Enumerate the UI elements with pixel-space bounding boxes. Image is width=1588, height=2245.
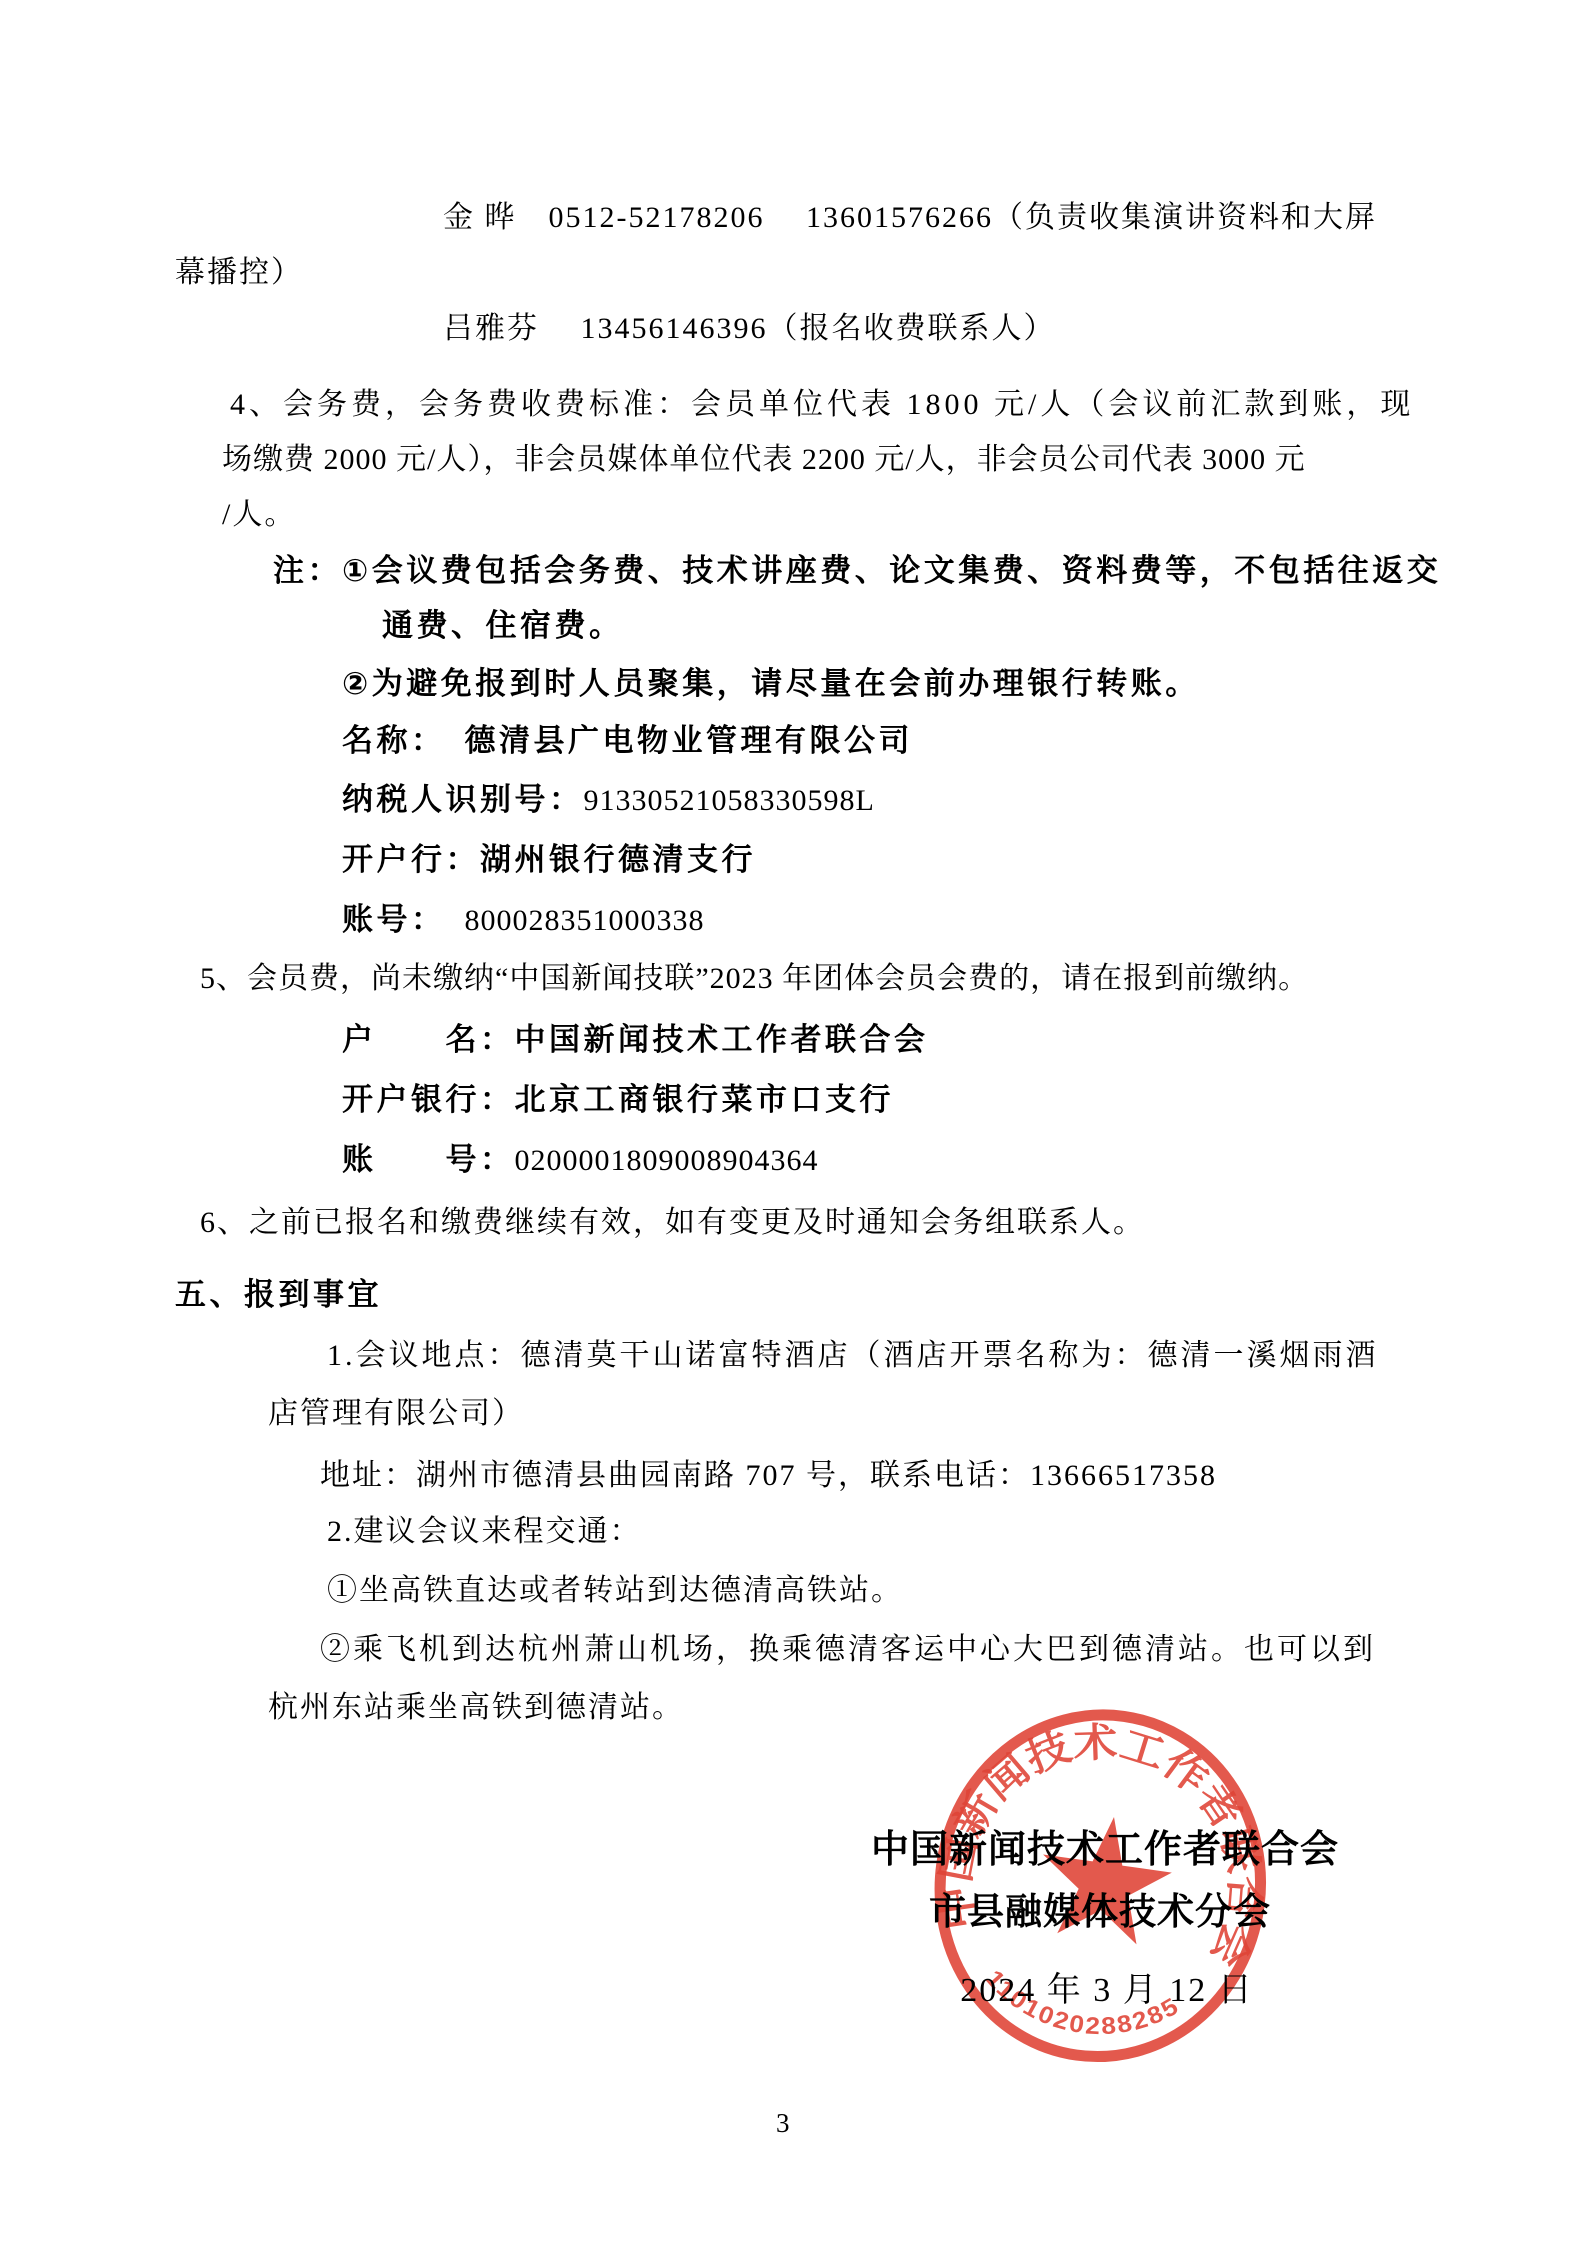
text-line: 开户银行：北京工商银行菜市口支行 bbox=[342, 1081, 894, 1118]
text-line: 地址：湖州市德清县曲园南路 707 号，联系电话：13666517358 bbox=[320, 1458, 1217, 1494]
text-line: 账号： 800028351000338 bbox=[342, 901, 705, 939]
section-heading: 五、报到事宜 bbox=[175, 1276, 382, 1313]
field-label: 账号： bbox=[342, 902, 465, 937]
document-page: 中国新闻技术工作者联合会 1101020288285 金 晔 0512-5217… bbox=[0, 0, 1588, 2245]
signature-org-line2: 市县融媒体技术分会 bbox=[929, 1881, 1271, 1935]
signature-org-line1: 中国新闻技术工作者联合会 bbox=[871, 1818, 1339, 1873]
signature-date: 2024 年 3 月 12 日 bbox=[960, 1962, 1254, 2011]
field-label: 账 号： bbox=[342, 1142, 515, 1177]
text-line: 6、之前已报名和缴费继续有效，如有变更及时通知会务组联系人。 bbox=[200, 1205, 1145, 1241]
text-line: 金 晔 0512-52178206 13601576266（负责收集演讲资料和大… bbox=[443, 200, 1377, 236]
text-line: 杭州东站乘坐高铁到德清站。 bbox=[268, 1690, 684, 1726]
text-line: 户 名：中国新闻技术工作者联合会 bbox=[342, 1021, 929, 1058]
text-line: 吕雅芬 13456146396（报名收费联系人） bbox=[443, 311, 1056, 347]
text-line: 账 号：0200001809008904364 bbox=[342, 1141, 819, 1179]
field-label: 纳税人识别号： bbox=[342, 782, 584, 817]
text-line: 注：①会议费包括会务费、技术讲座费、论文集费、资料费等，不包括往返交 bbox=[273, 552, 1441, 589]
text-line: 纳税人识别号：91330521058330598L bbox=[342, 781, 875, 819]
page-number: 3 bbox=[776, 2108, 790, 2139]
text-line: ②乘飞机到达杭州萧山机场，换乘德清客运中心大巴到德清站。也可以到 bbox=[320, 1632, 1376, 1668]
text-line: 幕播控） bbox=[175, 255, 303, 291]
text-line: /人。 bbox=[222, 497, 296, 533]
text-line: 开户行：湖州银行德清支行 bbox=[342, 841, 756, 878]
text-line: 1.会议地点：德清莫干山诺富特酒店（酒店开票名称为：德清一溪烟雨酒 bbox=[327, 1338, 1379, 1374]
text-line: 场缴费 2000 元/人），非会员媒体单位代表 2200 元/人，非会员公司代表… bbox=[222, 442, 1306, 478]
text-line: 名称： 德清县广电物业管理有限公司 bbox=[342, 722, 913, 759]
field-value: 0200001809008904364 bbox=[515, 1144, 819, 1177]
text-line: 2.建议会议来程交通： bbox=[327, 1514, 642, 1550]
text-line: ①坐高铁直达或者转站到达德清高铁站。 bbox=[327, 1573, 903, 1609]
text-line: ②为避免报到时人员聚集，请尽量在会前办理银行转账。 bbox=[342, 665, 1200, 702]
field-value: 800028351000338 bbox=[465, 904, 705, 937]
text-line: 4、会务费，会务费收费标准：会员单位代表 1800 元/人（会议前汇款到账，现 bbox=[230, 387, 1414, 423]
text-line: 通费、住宿费。 bbox=[382, 607, 624, 644]
field-value: 91330521058330598L bbox=[584, 784, 875, 817]
text-line: 5、会员费，尚未缴纳“中国新闻技联”2023 年团体会员会费的，请在报到前缴纳。 bbox=[200, 961, 1309, 997]
text-line: 店管理有限公司） bbox=[268, 1396, 524, 1432]
